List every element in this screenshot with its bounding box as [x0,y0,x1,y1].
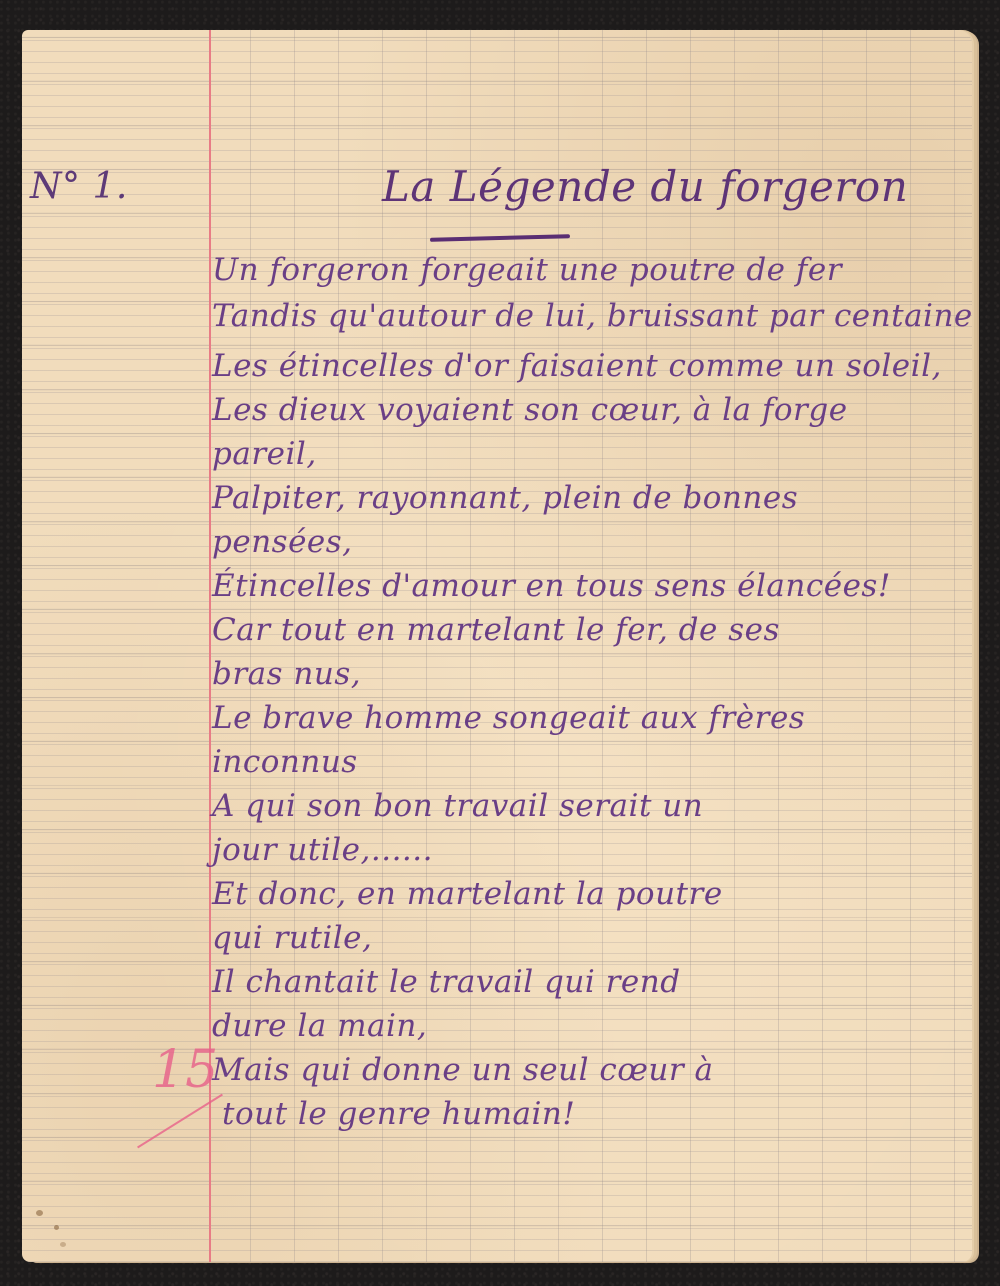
poem-line: inconnus [212,744,358,780]
paper-stain [36,1210,43,1216]
teacher-grade-mark: 15 [152,1040,218,1100]
poem-line: Le brave homme songeait aux frères [212,700,805,736]
poem-line: Les étincelles d'or faisaient comme un s… [212,348,942,384]
poem-line: pensées, [212,524,353,560]
notebook-page: N° 1. La Légende du forgeron Un forgeron… [22,30,972,1262]
poem-line: pareil, [212,436,317,472]
poem-line: Il chantait le travail qui rend [212,964,681,1000]
poem-line: Palpiter, rayonnant, plein de bonnes [212,480,798,516]
poem-line: tout le genre humain! [222,1096,575,1132]
poem-line: Et donc, en martelant la poutre [212,876,723,912]
poem-line: A qui son bon travail serait un [212,788,703,824]
poem-line: bras nus, [212,656,361,692]
poem-line: Les dieux voyaient son cœur, à la forge [212,392,848,428]
poem-line: jour utile,...... [212,832,433,868]
paper-stain [54,1225,59,1230]
poem-line: Tandis qu'autour de lui, bruissant par c… [212,298,972,334]
paper-stain [60,1242,66,1247]
page-title: La Légende du forgeron [382,162,908,211]
poem-line: qui rutile, [212,920,372,956]
poem-line: Étincelles d'amour en tous sens élancées… [212,568,891,604]
entry-number: N° 1. [30,166,128,207]
poem-line: dure la main, [212,1008,427,1044]
poem-line: Mais qui donne un seul cœur à [212,1052,714,1088]
poem-line: Un forgeron forgeait une poutre de fer [212,252,842,288]
poem-line: Car tout en martelant le fer, de ses [212,612,780,648]
